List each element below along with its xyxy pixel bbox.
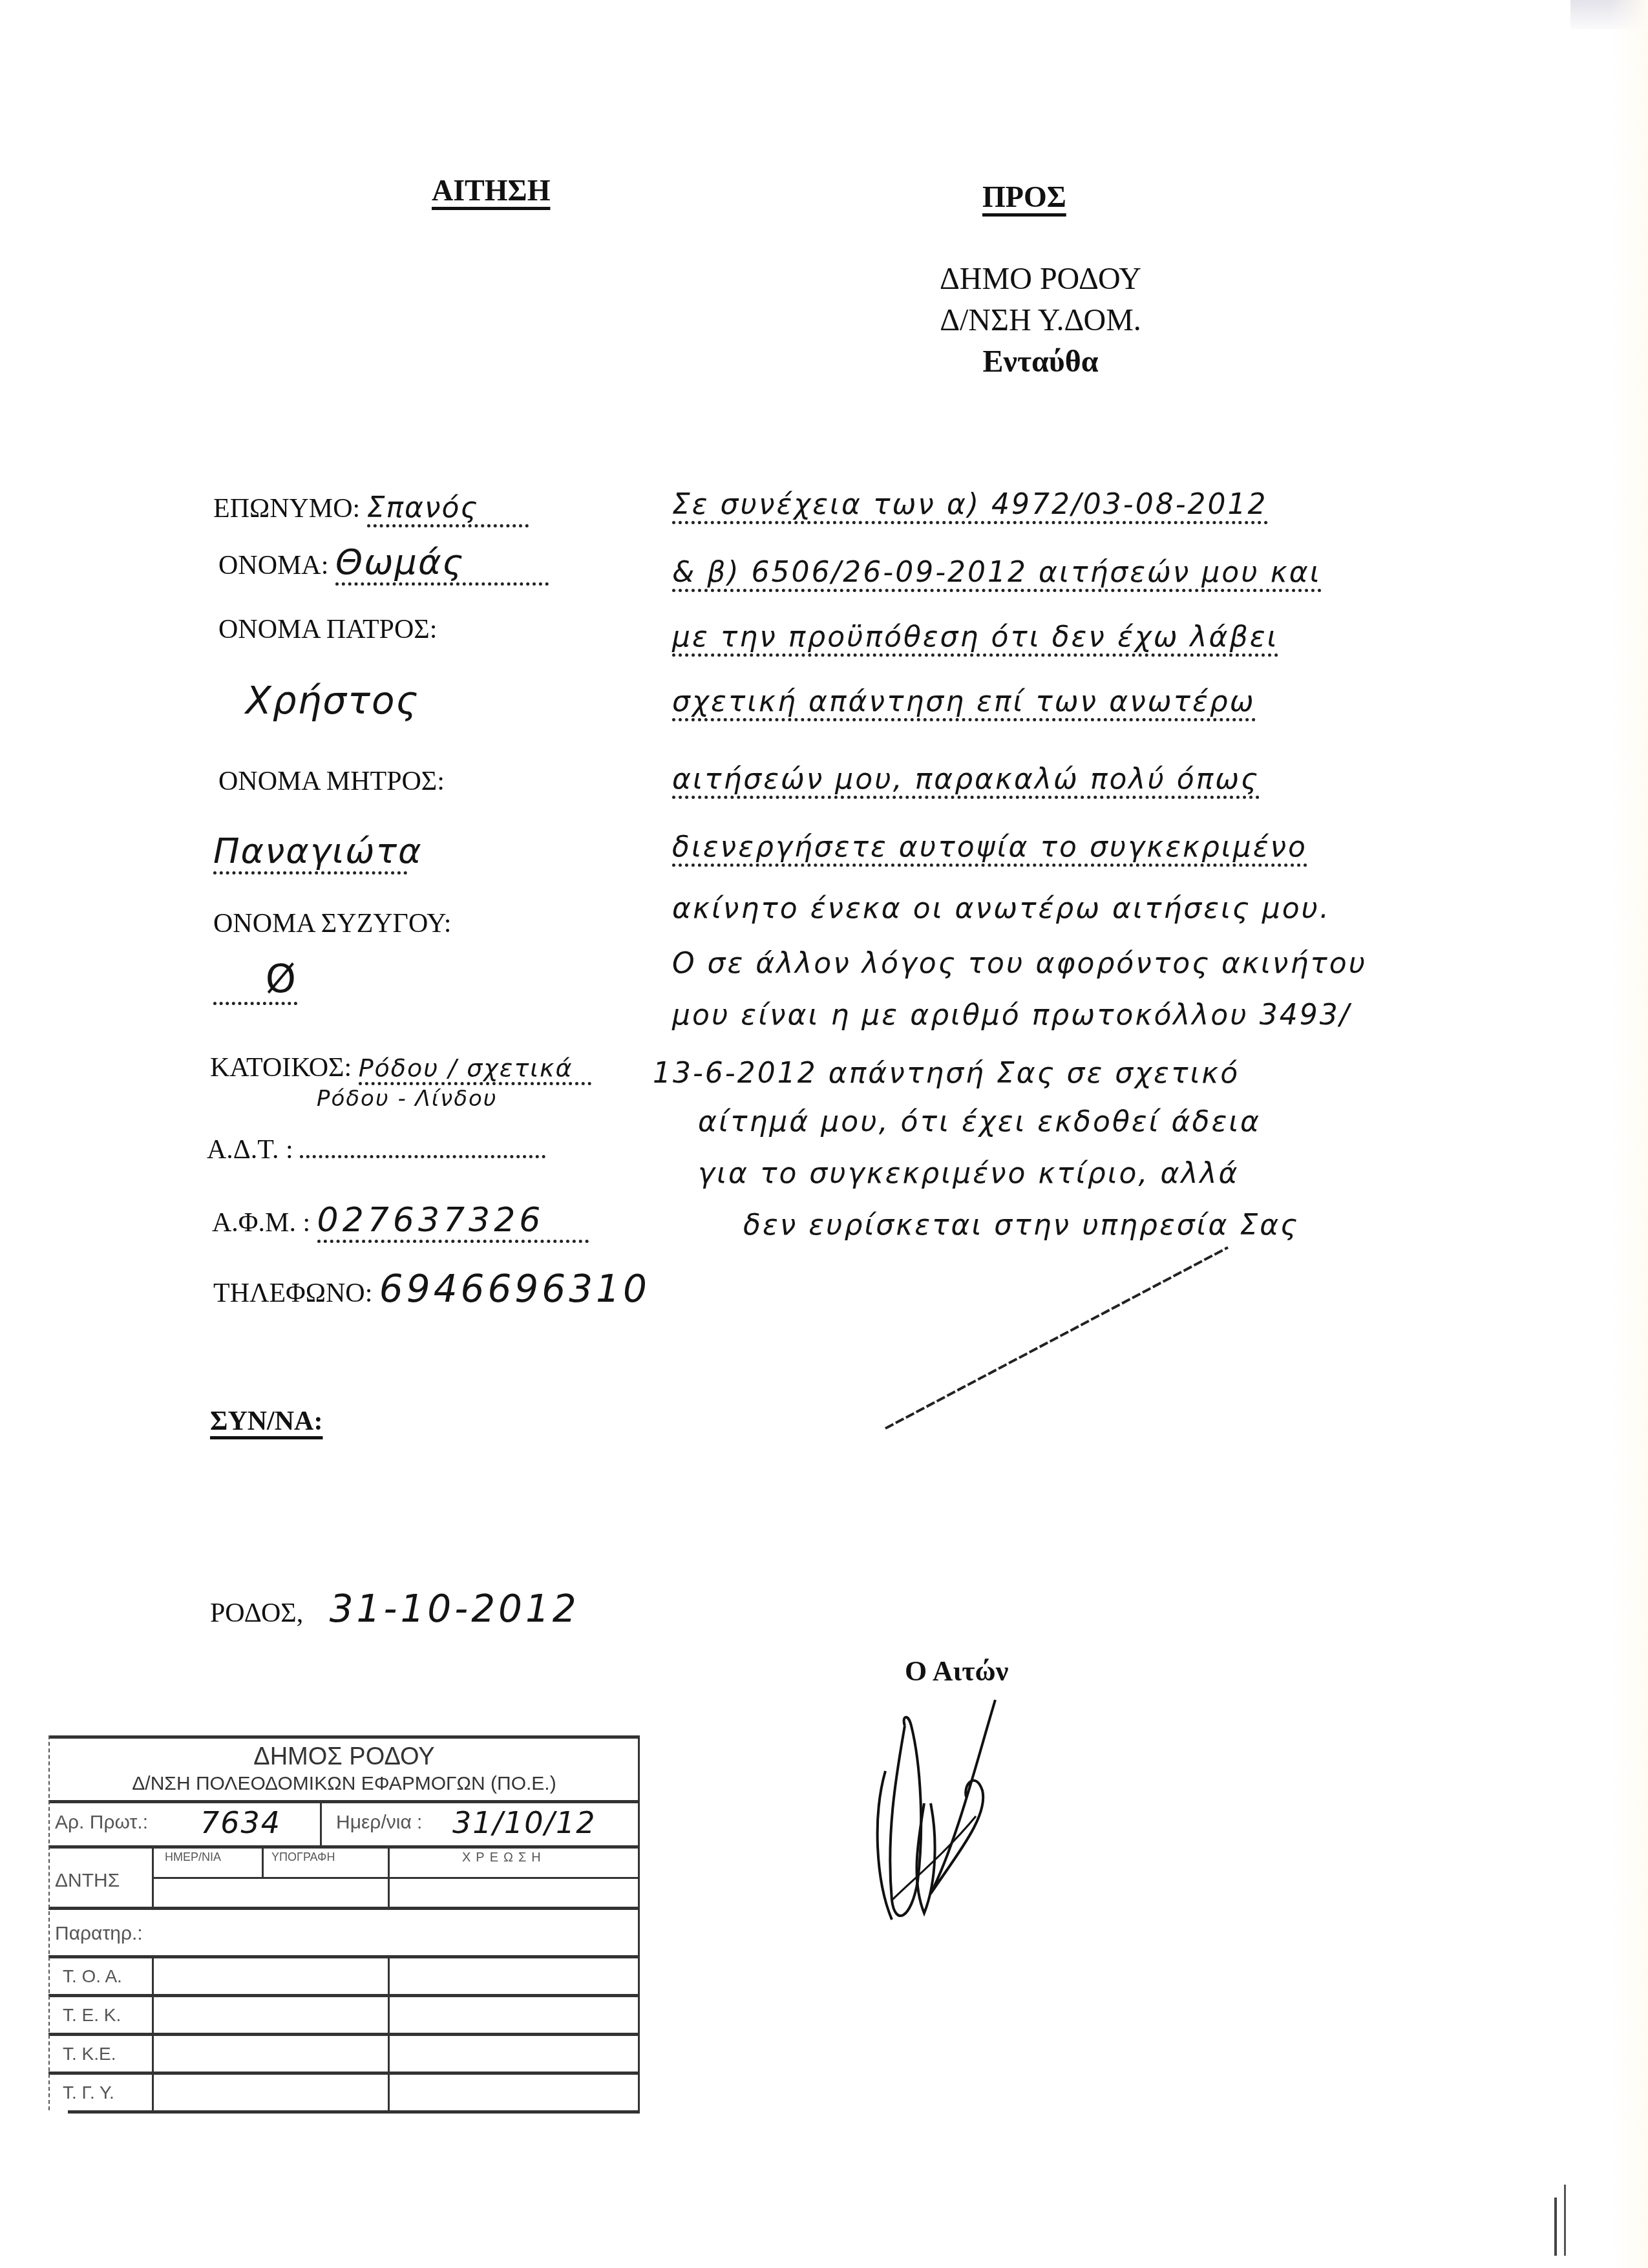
tax-id-value[interactable]: 027637326: [317, 1201, 589, 1243]
residence-value-line2: Ρόδου - Λίνδου: [317, 1086, 498, 1112]
surname-label: ΕΠΩΝΥΜΟ:: [213, 494, 360, 524]
phone-value[interactable]: 6946696310: [379, 1267, 650, 1311]
stamp-title: ΔΗΜΟΣ ΡΟΔΟΥ: [48, 1743, 640, 1771]
margin-mark-2: [1564, 2185, 1566, 2256]
id-card-value[interactable]: [300, 1155, 545, 1158]
body-line-12: για το συγκεκριμένο κτίριο, αλλά: [698, 1157, 1603, 1190]
heading-to: ΠΡΟΣ: [982, 180, 1066, 214]
name-value[interactable]: Θωμάς: [335, 542, 549, 586]
body-line-8: Ο σε άλλον λόγος του αφορόντος ακινήτου: [672, 947, 1577, 980]
stamp-col-charge: ΧΡΕΩΣΗ: [462, 1850, 546, 1865]
recipient-line-1: ΔΗΜΟ ΡΟΔΟΥ: [860, 259, 1221, 300]
date-field: ΡΟΔΟΣ, 31-10-2012: [210, 1587, 580, 1631]
surname-field: ΕΠΩΝΥΜΟ: Σπανός: [213, 491, 529, 527]
tax-id-field: Α.Φ.Μ. : 027637326: [212, 1201, 589, 1243]
spouse-name-label: ΟΝΟΜΑ ΣΥΖΥΓΟΥ:: [213, 908, 451, 939]
closing-stroke: [879, 1235, 1241, 1441]
id-card-label: Α.Δ.Τ. :: [207, 1135, 293, 1165]
mother-name-label: ΟΝΟΜΑ ΜΗΤΡΟΣ:: [218, 766, 445, 797]
registry-stamp: ΔΗΜΟΣ ΡΟΔΟΥ Δ/ΝΣΗ ΠΟΛΕΟΔΟΜΙΚΩΝ ΕΦΑΡΜΟΓΩΝ…: [48, 1735, 640, 2110]
stamp-andis-label: ΔΝΤΗΣ: [55, 1870, 120, 1892]
stamp-protocol-value: 7634: [200, 1805, 281, 1840]
residence-value[interactable]: Ρόδου / σχετικά: [359, 1054, 591, 1085]
stamp-row-tek: Τ. Ε. Κ.: [63, 2005, 121, 2026]
stamp-remarks-label: Παρατηρ.:: [55, 1923, 143, 1945]
id-card-field: Α.Δ.Τ. :: [207, 1134, 545, 1165]
residence-field: ΚΑΤΟΙΚΟΣ: Ρόδου / σχετικά: [210, 1052, 591, 1085]
stamp-row-tgy: Τ. Γ. Υ.: [63, 2083, 114, 2103]
stamp-protocol-label: Αρ. Πρωτ.:: [55, 1812, 148, 1834]
body-line-2: & β) 6506/26-09-2012 αιτήσεών μου και: [672, 556, 1577, 589]
body-line-10: 13-6-2012 απάντησή Σας σε σχετικό: [653, 1057, 1558, 1090]
mother-name-value[interactable]: Παναγιώτα: [213, 831, 407, 874]
date-value[interactable]: 31-10-2012: [330, 1587, 580, 1631]
body-line-6: διενεργήσετε αυτοψία το συγκεκριμένο: [672, 831, 1577, 864]
body-line-4: σχετική απάντηση επί των ανωτέρω: [672, 685, 1577, 718]
surname-value[interactable]: Σπανός: [367, 491, 529, 527]
tax-id-label: Α.Φ.Μ. :: [212, 1208, 310, 1238]
father-name-label: ΟΝΟΜΑ ΠΑΤΡΟΣ:: [218, 614, 437, 645]
stamp-date-value: 31/10/12: [452, 1805, 597, 1840]
applicant-label: Ο Αιτών: [905, 1655, 1008, 1688]
scan-edge-right: [1609, 0, 1648, 2268]
body-line-1: Σε συνέχεια των α) 4972/03-08-2012: [672, 488, 1577, 521]
stamp-date-label: Ημερ/νια :: [336, 1812, 422, 1834]
phone-field: ΤΗΛΕΦΩΝΟ: 6946696310: [213, 1267, 650, 1311]
recipient-block: ΔΗΜΟ ΡΟΔΟΥ Δ/ΝΣΗ Υ.ΔΟΜ. Ενταύθα: [860, 259, 1221, 383]
stamp-col-signature: ΥΠΟΓΡΑΦΗ: [271, 1850, 335, 1864]
body-line-5: αιτήσεών μου, παρακαλώ πολύ όπως: [672, 763, 1577, 796]
body-line-3: με την προϋπόθεση ότι δεν έχω λάβει: [672, 620, 1577, 653]
recipient-line-3: Ενταύθα: [860, 341, 1221, 383]
heading-application: ΑΙΤΗΣΗ: [432, 173, 550, 207]
stamp-col-date: ΗΜΕΡ/ΝΙΑ: [165, 1850, 221, 1864]
margin-mark: [1554, 2198, 1557, 2256]
body-line-7: ακίνητο ένεκα οι ανωτέρω αιτήσεις μου.: [672, 892, 1577, 925]
attachments-label: ΣΥΝ/ΝΑ:: [210, 1406, 322, 1437]
phone-label: ΤΗΛΕΦΩΝΟ:: [213, 1278, 372, 1308]
residence-label: ΚΑΤΟΙΚΟΣ:: [210, 1053, 352, 1083]
stamp-row-tke: Τ. Κ.Ε.: [63, 2044, 116, 2064]
spouse-name-value[interactable]: Ø: [213, 957, 297, 1005]
body-line-9: μου είναι η με αριθμό πρωτοκόλλου 3493/: [672, 999, 1577, 1032]
father-name-value[interactable]: Χρήστος: [246, 679, 419, 723]
name-label: ΟΝΟΜΑ:: [218, 551, 328, 580]
stamp-subtitle: Δ/ΝΣΗ ΠΟΛΕΟΔΟΜΙΚΩΝ ΕΦΑΡΜΟΓΩΝ (ΠΟ.Ε.): [48, 1773, 640, 1795]
applicant-signature: [866, 1687, 1015, 1945]
recipient-line-2: Δ/ΝΣΗ Υ.ΔΟΜ.: [860, 300, 1221, 341]
name-field: ΟΝΟΜΑ: Θωμάς: [218, 542, 549, 586]
place-label: ΡΟΔΟΣ,: [210, 1598, 303, 1628]
stamp-row-toa: Τ. Ο. Α.: [63, 1966, 122, 1987]
body-line-11: αίτημά μου, ότι έχει εκδοθεί άδεια: [698, 1105, 1603, 1138]
